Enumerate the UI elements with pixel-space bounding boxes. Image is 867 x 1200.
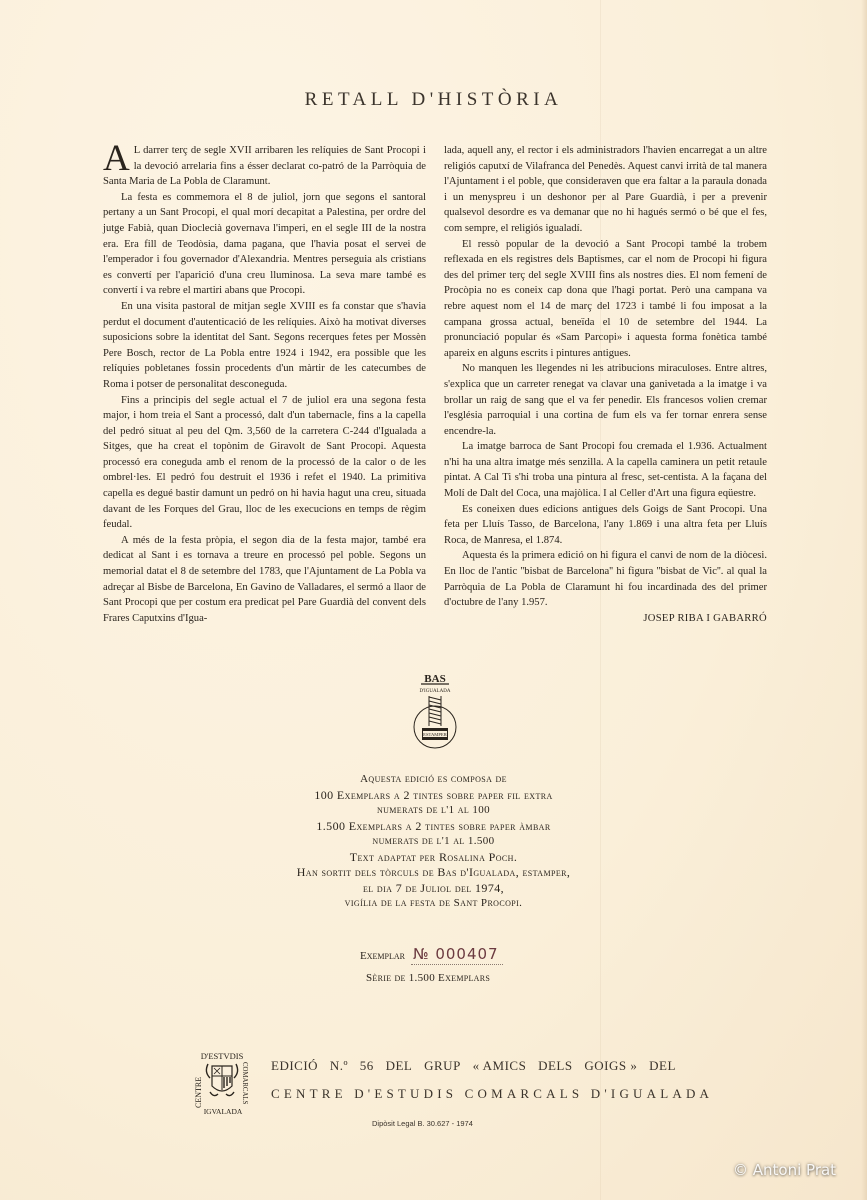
colophon-line: Aquesta edició es composa de [0, 772, 867, 788]
colophon-line: vigília de la festa de Sant Procopi. [0, 896, 867, 912]
seal-bottom-text: IGVALADA [204, 1107, 243, 1116]
drop-cap: A [103, 144, 130, 174]
page-title: RETALL D'HISTÒRIA [0, 89, 867, 111]
colophon: Aquesta edició es composa de 100 Exempla… [0, 772, 867, 912]
printer-logo-top-text: BAS [424, 673, 445, 685]
colophon-line: el dia 7 de Juliol del 1974, [0, 881, 867, 897]
article-paragraph: AL darrer terç de segle XVII arribaren l… [103, 143, 426, 190]
printer-logo-sub-text: D'IGUALADA [420, 689, 451, 694]
article-paragraph: Fins a principis del segle actual el 7 d… [103, 393, 426, 533]
colophon-line: 100 Exemplars a 2 tintes sobre paper fil… [0, 788, 867, 804]
legal-deposit: Dipòsit Legal B. 30.627 - 1974 [372, 1119, 473, 1128]
article-paragraph: lada, aquell any, el rector i els admini… [444, 143, 767, 237]
article-right-column: lada, aquell any, el rector i els admini… [444, 143, 767, 626]
article-paragraph: No manquen les llegendes ni les atribuci… [444, 361, 767, 439]
colophon-line: numerats de l'1 al 100 [0, 803, 867, 819]
series-note: Sèrie de 1.500 Exemplars [366, 972, 490, 984]
article-paragraph: La festa es commemora el 8 de juliol, jo… [103, 190, 426, 299]
printer-logo-band-text: ESTAMPER [423, 732, 448, 737]
seal-right-text: COMARCALS [241, 1062, 248, 1105]
author-signature: JOSEP RIBA I GABARRÓ [444, 611, 767, 627]
article-paragraph: A més de la festa pròpia, el segon dia d… [103, 533, 426, 627]
coat-of-arms-seal-icon: D'ESTVDIS CENTRE COMARCALS IGVALADA [194, 1050, 250, 1116]
colophon-line: Text adaptat per Rosalina Poch. [0, 850, 867, 866]
seal-left-text: CENTRE [194, 1077, 203, 1108]
edition-statement: EDICIÓ N.º 56 DEL GRUP « AMICS DELS GOIG… [271, 1058, 676, 1102]
colophon-line: 1.500 Exemplars a 2 tintes sobre paper à… [0, 819, 867, 835]
colophon-line: numerats de l'1 al 1.500 [0, 834, 867, 850]
article-paragraph: En una visita pastoral de mitjan segle X… [103, 299, 426, 393]
paper-edge-shadow [861, 0, 867, 1200]
copyright-watermark: © Antoni Prat [733, 1161, 836, 1179]
printing-press-emblem-icon: BAS D'IGUALADA ESTAMPER [405, 670, 465, 760]
article-paragraph: La imatge barroca de Sant Procopi fou cr… [444, 439, 767, 501]
seal-top-text: D'ESTVDIS [201, 1051, 244, 1061]
exemplar-number-line: Exemplar№ 000407 [360, 945, 503, 965]
article-left-column: AL darrer terç de segle XVII arribaren l… [103, 143, 426, 626]
article-paragraph: El ressò popular de la devoció a Sant Pr… [444, 237, 767, 362]
colophon-line: Han sortit dels tòrculs de Bas d'Igualad… [0, 865, 867, 881]
goigs-back-page: RETALL D'HISTÒRIA AL darrer terç de segl… [0, 0, 867, 1200]
exemplar-number: № 000407 [411, 945, 503, 965]
article-paragraph: Es coneixen dues edicions antigues dels … [444, 502, 767, 549]
exemplar-label: Exemplar [360, 950, 405, 962]
edition-line-2: CENTRE D'ESTUDIS COMARCALS D'IGUALADA [271, 1086, 676, 1102]
article-paragraph: Aquesta és la primera edició on hi figur… [444, 548, 767, 610]
edition-line-1: EDICIÓ N.º 56 DEL GRUP « AMICS DELS GOIG… [271, 1058, 676, 1074]
